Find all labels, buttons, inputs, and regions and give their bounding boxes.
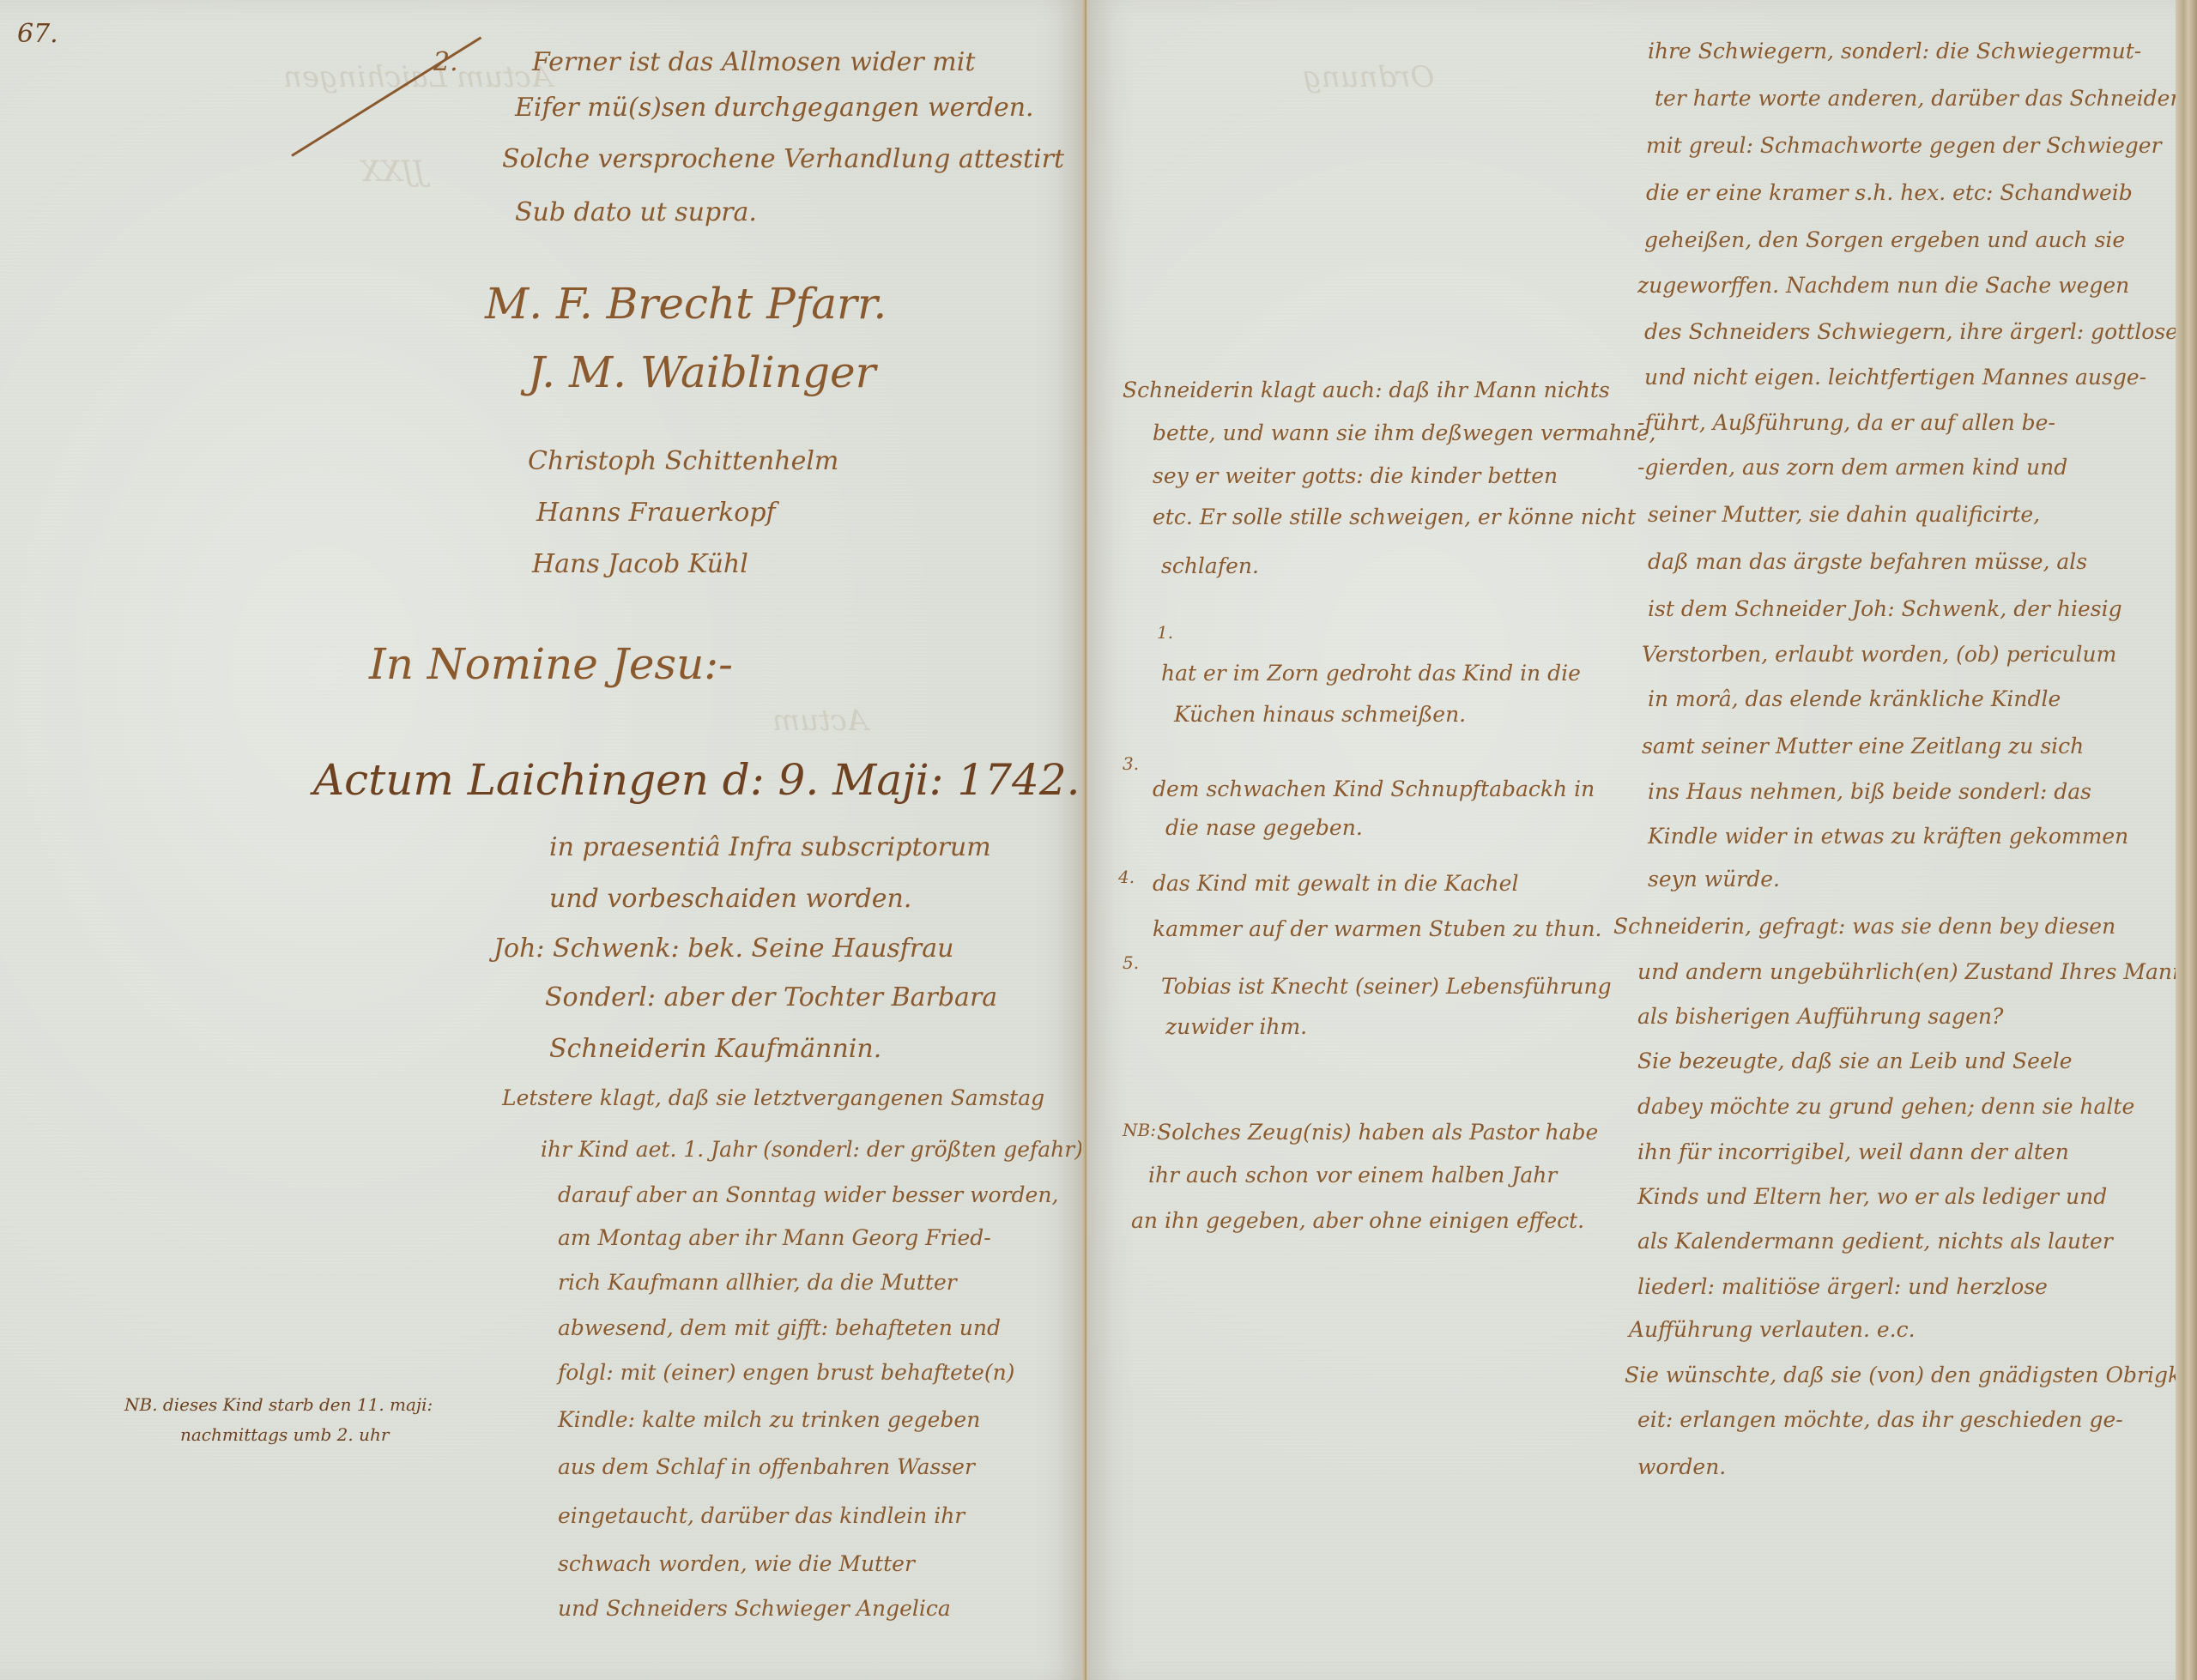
parties-line: Schneiderin Kaufmännin. <box>549 1034 881 1064</box>
body-line: die er eine kramer s.h. hex. etc: Schand… <box>1646 180 2133 205</box>
body-line: in morâ, das elende kränkliche Kindle <box>1648 686 2061 711</box>
entry-label: 3. <box>1123 753 1139 774</box>
signature: J. M. Waiblinger <box>528 347 875 397</box>
signature: Christoph Schittenhelm <box>528 446 838 476</box>
body-line: Aufführung verlauten. e.c. <box>1629 1317 1916 1342</box>
body-line: ist dem Schneider Joh: Schwenk, der hies… <box>1648 596 2122 621</box>
body-line: Letstere klagt, daß sie letztvergangenen… <box>502 1085 1044 1110</box>
body-line: abwesend, dem mit gifft: behafteten und <box>558 1315 1001 1340</box>
body-line: ihre Schwiegern, sonderl: die Schwiegerm… <box>1648 39 2141 63</box>
body-line: eit: erlangen möchte, das ihr geschieden… <box>1637 1407 2123 1432</box>
body-line: und nicht eigen. leichtfertigen Mannes a… <box>1644 365 2146 390</box>
manuscript-spread: Actum Laichingen JJXX Actum 67. 2. Ferne… <box>0 0 2197 1680</box>
body-line: Kindle: kalte milch zu trinken gegeben <box>558 1407 980 1432</box>
body-line: mit greul: Schmachworte gegen der Schwie… <box>1646 133 2162 158</box>
body-line: als bisherigen Aufführung sagen? <box>1637 1004 2003 1029</box>
top-block-line: Ferner ist das Allmosen wider mit <box>532 47 975 77</box>
signature: Hanns Frauerkopf <box>536 498 776 528</box>
entry-line: etc. Er solle stille schweigen, er könne… <box>1153 505 1636 529</box>
entry-line: hat er im Zorn gedroht das Kind in die <box>1161 661 1581 686</box>
right-page-edge <box>2176 0 2197 1680</box>
body-line: -führt, Außführung, da er auf allen be- <box>1637 410 2055 435</box>
body-line: dabey möchte zu grund gehen; denn sie ha… <box>1637 1094 2134 1119</box>
top-block-line: Eifer mü(s)sen durchgegangen werden. <box>515 93 1034 123</box>
body-line: Sie bezeugte, daß sie an Leib und Seele <box>1637 1048 2073 1073</box>
entry-line: Küchen hinaus schmeißen. <box>1174 702 1466 727</box>
entry-label: 1. <box>1157 622 1173 643</box>
body-line: am Montag aber ihr Mann Georg Fried- <box>558 1225 991 1250</box>
bleed-through-text: Actum <box>772 704 868 738</box>
body-line: seyn würde. <box>1648 867 1780 891</box>
entry-line: das Kind mit gewalt in die Kachel <box>1153 871 1518 896</box>
presence-line: in praesentiâ Infra subscriptorum <box>549 832 991 862</box>
top-block-line: Sub dato ut supra. <box>515 197 757 227</box>
margin-note-line: nachmittags umb 2. uhr <box>180 1424 389 1445</box>
body-line: zugeworffen. Nachdem nun die Sache wegen <box>1637 273 2129 298</box>
entry-line: bette, und wann sie ihm deßwegen vermahn… <box>1153 420 1655 445</box>
body-line: ihr Kind aet. 1. Jahr (sonderl: der größ… <box>541 1137 1083 1162</box>
presence-line: und vorbeschaiden worden. <box>549 884 911 914</box>
body-line: Schneiderin, gefragt: was sie denn bey d… <box>1613 914 2115 939</box>
right-page: Ordnung Schneiderin klagt auch: daß ihr … <box>1088 0 2180 1680</box>
body-line: ihn für incorrigibel, weil dann der alte… <box>1637 1139 2069 1164</box>
body-line: des Schneiders Schwiegern, ihre ärgerl: … <box>1644 319 2178 344</box>
signature: M. F. Brecht Pfarr. <box>485 279 887 329</box>
entry-line: Schneiderin klagt auch: daß ihr Mann nic… <box>1123 378 1610 402</box>
body-line: -gierden, aus zorn dem armen kind und <box>1637 455 2067 480</box>
body-line: samt seiner Mutter eine Zeitlang zu sich <box>1642 734 2084 758</box>
heading-in-nomine-jesu: In Nomine Jesu:- <box>369 639 733 689</box>
body-line: und Schneiders Schwieger Angelica <box>558 1596 951 1621</box>
body-line: schwach worden, wie die Mutter <box>558 1551 915 1576</box>
body-line: geheißen, den Sorgen ergeben und auch si… <box>1644 227 2125 252</box>
body-line: als Kalendermann gedient, nichts als lau… <box>1637 1229 2113 1254</box>
entry-line: sey er weiter gotts: die kinder betten <box>1153 463 1558 488</box>
entry-line: Tobias ist Knecht (seiner) Lebensführung <box>1161 974 1612 999</box>
body-line: Kinds und Eltern her, wo er als lediger … <box>1637 1184 2107 1209</box>
margin-note-line: NB. dieses Kind starb den 11. maji: <box>124 1394 433 1415</box>
entry-label: NB: <box>1123 1120 1156 1140</box>
entry-line: ihr auch schon vor einem halben Jahr <box>1148 1163 1557 1187</box>
top-block-line: Solche versprochene Verhandlung attestir… <box>502 144 1064 174</box>
entry-label: 5. <box>1123 952 1139 973</box>
body-line: seiner Mutter, sie dahin qualificirte, <box>1648 502 2040 527</box>
body-line: Verstorben, erlaubt worden, (ob) pericul… <box>1642 642 2116 667</box>
parties-line: Joh: Schwenk: bek. Seine Hausfrau <box>493 934 953 964</box>
body-line: liederl: malitiöse ärgerl: und herzlose <box>1637 1274 2048 1299</box>
parties-line: Sonderl: aber der Tochter Barbara <box>545 982 997 1012</box>
body-line: ins Haus nehmen, biß beide sonderl: das <box>1648 779 2091 804</box>
entry-line: dem schwachen Kind Schnupftabackh in <box>1153 777 1595 801</box>
page-number: 67. <box>17 19 58 49</box>
body-line: darauf aber an Sonntag wider besser word… <box>558 1182 1058 1207</box>
bleed-through-text: JJXX <box>360 154 426 189</box>
left-page: Actum Laichingen JJXX Actum 67. 2. Ferne… <box>0 0 1083 1680</box>
entry-line: die nase gegeben. <box>1165 815 1363 840</box>
item-number: 2. <box>433 47 458 77</box>
body-line: rich Kaufmann allhier, da die Mutter <box>558 1270 957 1295</box>
body-line: folgl: mit (einer) engen brust behaftete… <box>558 1360 1014 1385</box>
entry-line: an ihn gegeben, aber ohne einigen effect… <box>1131 1208 1584 1233</box>
body-line: eingetaucht, darüber das kindlein ihr <box>558 1503 965 1528</box>
body-line: daß man das ärgste befahren müsse, als <box>1648 549 2087 574</box>
body-line: Kindle wider in etwas zu kräften gekomme… <box>1648 824 2128 849</box>
body-line: und andern ungebührlich(en) Zustand Ihre… <box>1637 959 2197 984</box>
entry-line: schlafen. <box>1161 553 1259 578</box>
body-line: worden. <box>1637 1454 1726 1479</box>
entry-line: kammer auf der warmen Stuben zu thun. <box>1153 916 1602 941</box>
signature: Hans Jacob Kühl <box>532 549 748 579</box>
bleed-through-text: Ordnung <box>1303 60 1434 94</box>
body-line: ter harte worte anderen, darüber das Sch… <box>1655 86 2191 111</box>
entry-line: zuwider ihm. <box>1165 1014 1307 1039</box>
body-line: Sie wünschte, daß sie (von) den gnädigst… <box>1625 1363 2188 1387</box>
entry-label: 4. <box>1118 867 1135 887</box>
actum-line: Actum Laichingen d: 9. Maji: 1742. <box>313 755 1080 805</box>
body-line: aus dem Schlaf in offenbahren Wasser <box>558 1454 975 1479</box>
entry-line: Solches Zeug(nis) haben als Pastor habe <box>1157 1120 1598 1145</box>
